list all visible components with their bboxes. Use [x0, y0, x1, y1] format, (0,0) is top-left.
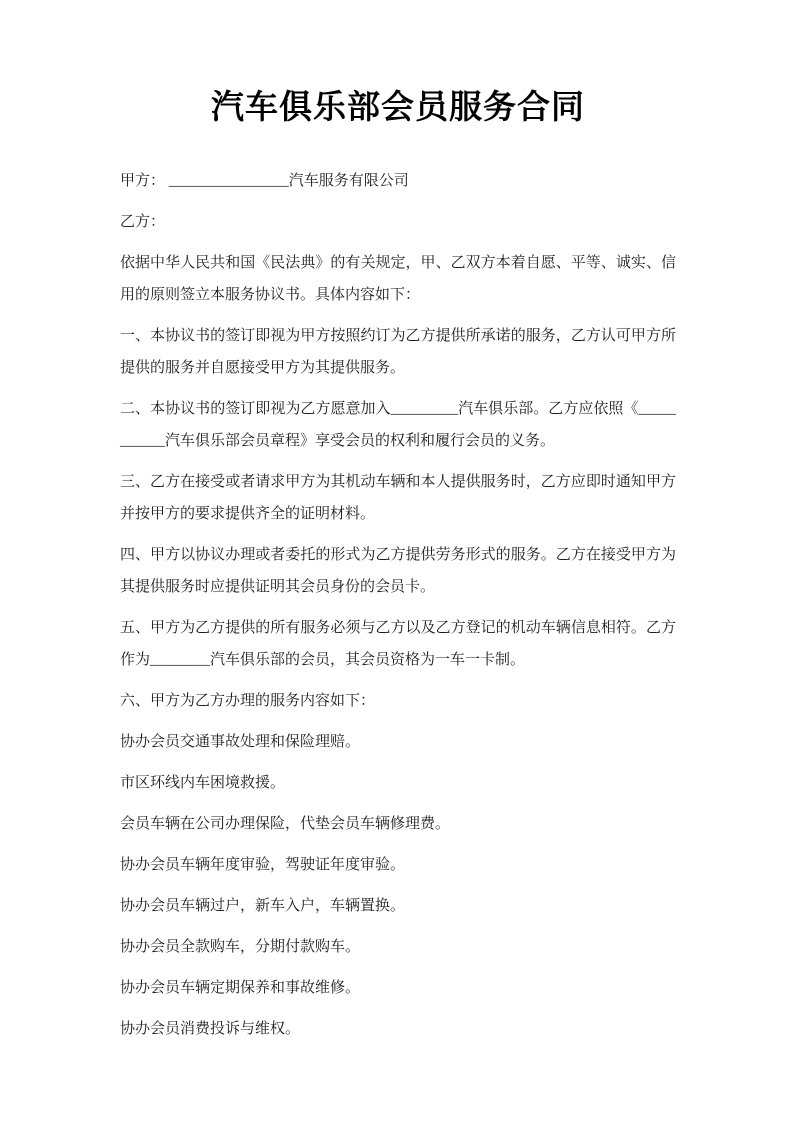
party-b-line: 乙方： [120, 206, 676, 238]
service-item-4: 协办会员车辆年度审验，驾驶证年度审验。 [120, 849, 676, 881]
service-item-8: 协办会员消费投诉与维权。 [120, 1013, 676, 1045]
party-a-line: 甲方： ________________汽车服务有限公司 [120, 165, 676, 197]
clause-5: 五、甲方为乙方提供的所有服务必须与乙方以及乙方登记的机动车辆信息相符。乙方作为_… [120, 612, 676, 676]
preamble: 依据中华人民共和国《民法典》的有关规定，甲、乙双方本着自愿、平等、诚实、信用的原… [120, 247, 676, 311]
document-title: 汽车俱乐部会员服务合同 [120, 88, 676, 129]
service-item-2: 市区环线内车困境救援。 [120, 767, 676, 799]
clause-1: 一、本协议书的签订即视为甲方按照约订为乙方提供所承诺的服务，乙方认可甲方所提供的… [120, 320, 676, 384]
service-item-1: 协办会员交通事故处理和保险理赔。 [120, 726, 676, 758]
clause-4: 四、甲方以协议办理或者委托的形式为乙方提供劳务形式的服务。乙方在接受甲方为其提供… [120, 539, 676, 603]
service-item-7: 协办会员车辆定期保养和事故维修。 [120, 972, 676, 1004]
service-item-3: 会员车辆在公司办理保险，代垫会员车辆修理费。 [120, 808, 676, 840]
clause-3: 三、乙方在接受或者请求甲方为其机动车辆和本人提供服务时，乙方应即时通知甲方并按甲… [120, 466, 676, 530]
clause-6: 六、甲方为乙方办理的服务内容如下： [120, 685, 676, 717]
contract-page: 汽车俱乐部会员服务合同 甲方： ________________汽车服务有限公司… [0, 0, 793, 1122]
clause-2: 二、本协议书的签订即视为乙方愿意加入_________汽车俱乐部。乙方应依照《_… [120, 393, 676, 457]
service-item-6: 协办会员全款购车，分期付款购车。 [120, 931, 676, 963]
service-item-5: 协办会员车辆过户，新车入户，车辆置换。 [120, 890, 676, 922]
